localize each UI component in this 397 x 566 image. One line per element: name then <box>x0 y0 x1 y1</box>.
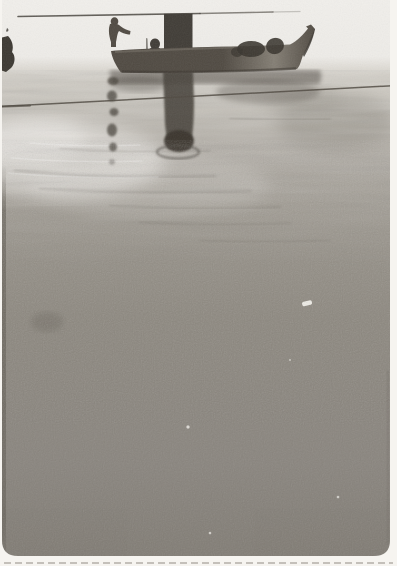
photo-canvas <box>0 0 397 566</box>
film-grain-heavy <box>0 140 397 566</box>
photo-area <box>0 0 397 566</box>
photograph <box>0 0 397 566</box>
